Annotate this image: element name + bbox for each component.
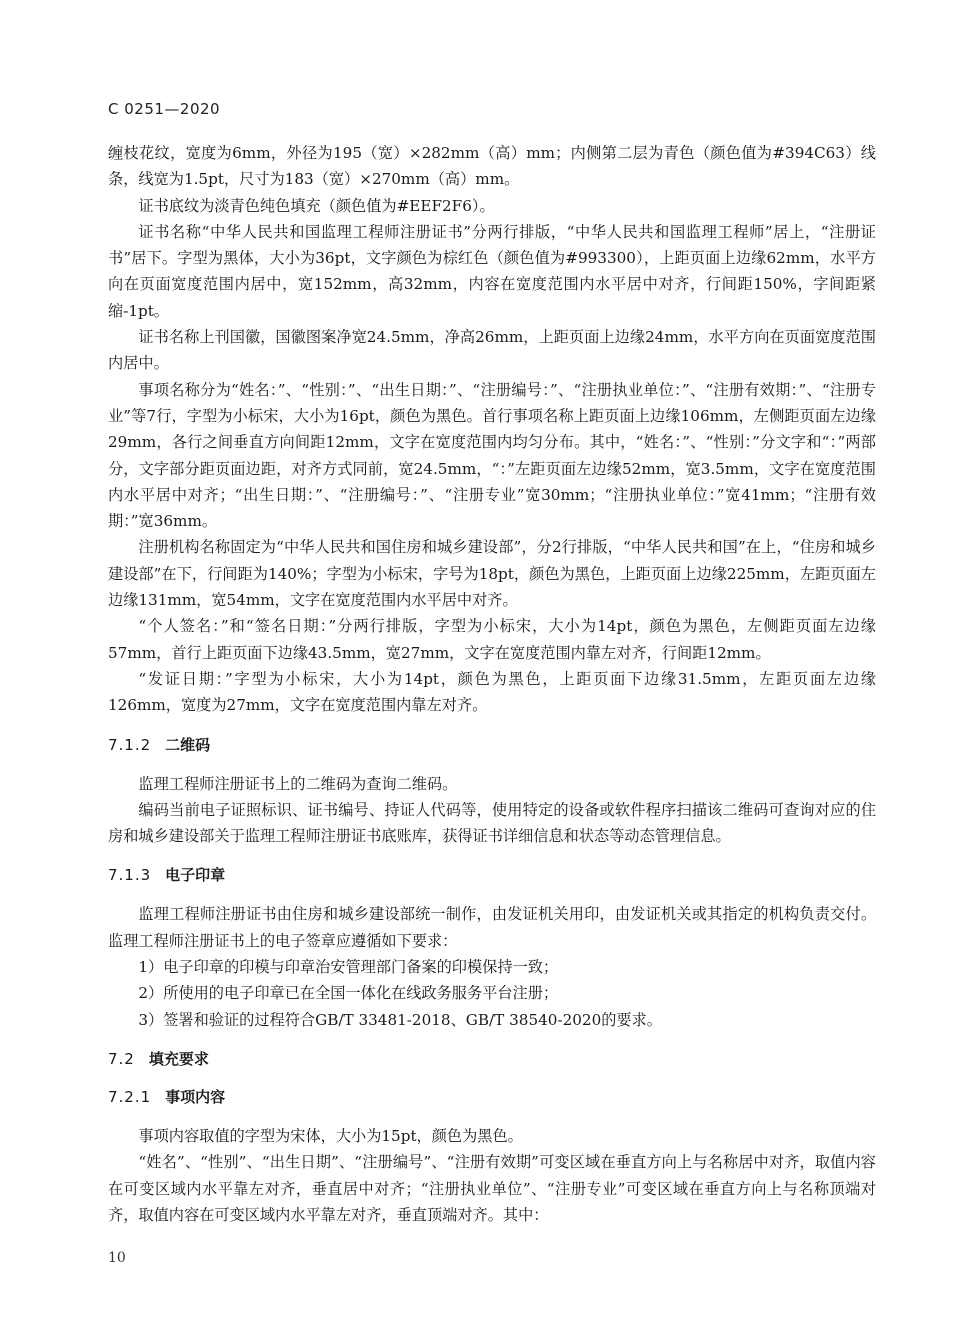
paragraph-item-content-font: 事项内容取值的字型为宋体，大小为15pt，颜色为黑色。 [108,1123,876,1149]
section-heading-7-2: 7.2填充要求 [108,1047,876,1071]
section-title: 二维码 [165,736,210,754]
paragraph-registration-authority: 注册机构名称固定为“中华人民共和国住房和城乡建设部”，分2行排版，“中华人民共和… [108,534,876,613]
section-number: 7.2.1 [108,1088,151,1106]
section-heading-7-2-1: 7.2.1事项内容 [108,1085,876,1109]
paragraph-qr-code: 监理工程师注册证书上的二维码为查询二维码。 [108,771,876,797]
section-number: 7.2 [108,1050,135,1068]
section-title: 填充要求 [149,1050,209,1068]
section-heading-7-1-3: 7.1.3电子印章 [108,863,876,887]
document-code: C 0251—2020 [108,100,220,118]
paragraph-signature: “个人签名：”和“签名日期：”分两行排版，字型为小标宋，大小为14pt，颜色为黑… [108,613,876,666]
list-item: 1）电子印章的印模与印章治安管理部门备案的印模保持一致； [108,954,876,980]
section-title: 事项内容 [165,1088,225,1106]
paragraph-certificate-title: 证书名称“中华人民共和国监理工程师注册证书”分两行排版，“中华人民共和国监理工程… [108,219,876,324]
paragraph-item-names: 事项名称分为“姓名：”、“性别：”、“出生日期：”、“注册编号：”、“注册执业单… [108,377,876,535]
page-number: 10 [108,1250,126,1266]
paragraph-background: 证书底纹为淡青色纯色填充（颜色值为#EEF2F6）。 [108,193,876,219]
paragraph-border-pattern: 缠枝花纹，宽度为6mm，外径为195（宽）×282mm（高）mm；内侧第二层为青… [108,140,876,193]
paragraph-qr-encoding: 编码当前电子证照标识、证书编号、持证人代码等，使用特定的设备或软件程序扫描该二维… [108,797,876,850]
paragraph-issue-date: “发证日期：”字型为小标宋，大小为14pt，颜色为黑色，上距页面下边缘31.5m… [108,666,876,719]
list-item: 2）所使用的电子印章已在全国一体化在线政务服务平台注册； [108,980,876,1006]
document-body: 缠枝花纹，宽度为6mm，外径为195（宽）×282mm（高）mm；内侧第二层为青… [108,140,876,1228]
list-item: 3）签署和验证的过程符合GB/T 33481-2018、GB/T 38540-2… [108,1007,876,1033]
paragraph-electronic-seal: 监理工程师注册证书由住房和城乡建设部统一制作，由发证机关用印，由发证机关或其指定… [108,901,876,954]
paragraph-variable-area-alignment: “姓名”、“性别”、“出生日期”、“注册编号”、“注册有效期”可变区域在垂直方向… [108,1149,876,1228]
paragraph-national-emblem: 证书名称上刊国徽，国徽图案净宽24.5mm，净高26mm，上距页面上边缘24mm… [108,324,876,377]
section-number: 7.1.3 [108,866,151,884]
document-page: C 0251—2020 缠枝花纹，宽度为6mm，外径为195（宽）×282mm（… [0,0,958,1340]
section-number: 7.1.2 [108,736,151,754]
section-heading-7-1-2: 7.1.2二维码 [108,733,876,757]
section-title: 电子印章 [165,866,225,884]
